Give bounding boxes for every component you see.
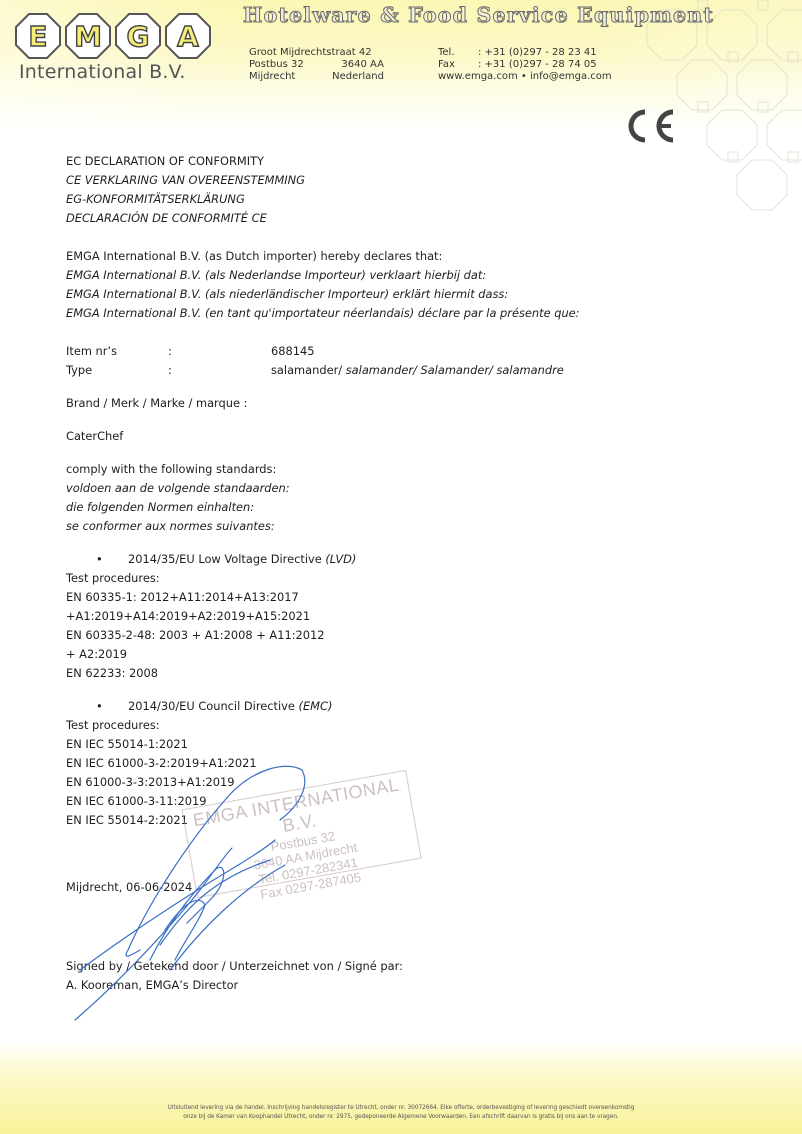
- item-number-row: Item nr’s : 688145: [66, 342, 580, 361]
- address-postcode: 3640 AA: [341, 59, 384, 71]
- lvd-procedure: + A2:2019: [66, 645, 580, 664]
- lvd-procedure: EN 60335-1: 2012+A11:2014+A13:2017: [66, 588, 580, 607]
- emc-procedure: EN IEC 61000-3-2:2019+A1:2021: [66, 754, 580, 773]
- logo-badge-g: G: [114, 12, 162, 60]
- web-email: www.emga.com • info@emga.com: [438, 71, 612, 83]
- footer-line: Uitsluitend levering via de handel. Insc…: [0, 1104, 802, 1113]
- signature-block: Signed by / Getekend door / Unterzeichne…: [66, 957, 403, 995]
- title-es-fr: DECLARACIÓN DE CONFORMITÉ CE: [66, 209, 580, 228]
- fax-value: : +31 (0)297 - 28 74 05: [478, 59, 597, 71]
- tel-label: Tel.: [438, 47, 478, 59]
- address-city: Mijdrecht: [249, 71, 295, 83]
- item-value: 688145: [271, 342, 314, 361]
- type-label: Type: [66, 361, 168, 380]
- brand-label: Brand / Merk / Marke / marque :: [66, 394, 580, 413]
- declaration-body: EC DECLARATION OF CONFORMITY CE VERKLARI…: [66, 152, 580, 830]
- declaration-fr: EMGA International B.V. (en tant qu'impo…: [66, 304, 580, 323]
- place-date: Mijdrecht, 06-06-2024: [66, 878, 192, 897]
- fax-label: Fax: [438, 59, 478, 71]
- logo-badge-m: M: [64, 12, 112, 60]
- logo-subtitle: International B.V.: [14, 61, 226, 83]
- address-country: Nederland: [332, 71, 384, 83]
- type-colon: :: [168, 361, 271, 380]
- title-nl: CE VERKLARING VAN OVEREENSTEMMING: [66, 171, 580, 190]
- footer-legal-text: Uitsluitend levering via de handel. Insc…: [0, 1104, 802, 1122]
- emc-procedures-label: Test procedures:: [66, 716, 580, 735]
- type-value-plain: salamander/: [271, 363, 346, 377]
- lvd-procedure: EN 60335-2-48: 2003 + A1:2008 + A11:2012: [66, 626, 580, 645]
- title-en: EC DECLARATION OF CONFORMITY: [66, 152, 580, 171]
- place-date-block: Mijdrecht, 06-06-2024: [66, 878, 192, 897]
- declaration-de: EMGA International B.V. (als niederländi…: [66, 285, 580, 304]
- item-label: Item nr’s: [66, 342, 168, 361]
- comply-en: comply with the following standards:: [66, 460, 580, 479]
- lvd-procedure: +A1:2019+A14:2019+A2:2019+A15:2021: [66, 607, 580, 626]
- declaration-en: EMGA International B.V. (as Dutch import…: [66, 247, 580, 266]
- logo-badge-a: A: [164, 12, 212, 60]
- comply-de: die folgenden Normen einhalten:: [66, 498, 580, 517]
- signed-by-label: Signed by / Getekend door / Unterzeichne…: [66, 957, 403, 976]
- item-colon: :: [168, 342, 271, 361]
- lvd-procedure: EN 62233: 2008: [66, 664, 580, 683]
- lvd-procedures-label: Test procedures:: [66, 569, 580, 588]
- logo-badge-e: E: [14, 12, 62, 60]
- type-value-italic: salamander/ Salamander/ salamandre: [346, 363, 564, 377]
- address-pobox: Postbus 32: [249, 59, 304, 71]
- declaration-nl: EMGA International B.V. (als Nederlandse…: [66, 266, 580, 285]
- tel-value: : +31 (0)297 - 28 23 41: [478, 47, 597, 59]
- emc-procedure: EN IEC 55014-1:2021: [66, 735, 580, 754]
- bullet-icon: •: [96, 550, 128, 569]
- company-address: Groot Mijdrechtstraat 42 Postbus 323640 …: [249, 47, 384, 83]
- logo-badges: E M G A: [14, 12, 226, 60]
- signatory-name: A. Kooreman, EMGA’s Director: [66, 976, 403, 995]
- directive-lvd: •2014/35/EU Low Voltage Directive (LVD): [66, 550, 580, 569]
- brand-value: CaterChef: [66, 427, 580, 446]
- bullet-icon: •: [96, 697, 128, 716]
- title-de: EG-KONFORMITÄTSERKLÄRUNG: [66, 190, 580, 209]
- emga-logo: E M G A International B.V.: [14, 12, 226, 83]
- footer-line: onze bij de Kamer van Koophandel Utrecht…: [0, 1113, 802, 1122]
- company-contact: Tel.: +31 (0)297 - 28 23 41 Fax: +31 (0)…: [438, 47, 612, 83]
- company-tagline: Hotelware & Food Service Equipment: [243, 3, 714, 27]
- comply-fr: se conformer aux normes suivantes:: [66, 517, 580, 536]
- address-street: Groot Mijdrechtstraat 42: [249, 47, 372, 59]
- directive-emc: •2014/30/EU Council Directive (EMC): [66, 697, 580, 716]
- type-row: Type : salamander/ salamander/ Salamande…: [66, 361, 580, 380]
- ce-mark-icon: [623, 108, 677, 144]
- comply-nl: voldoen aan de volgende standaarden:: [66, 479, 580, 498]
